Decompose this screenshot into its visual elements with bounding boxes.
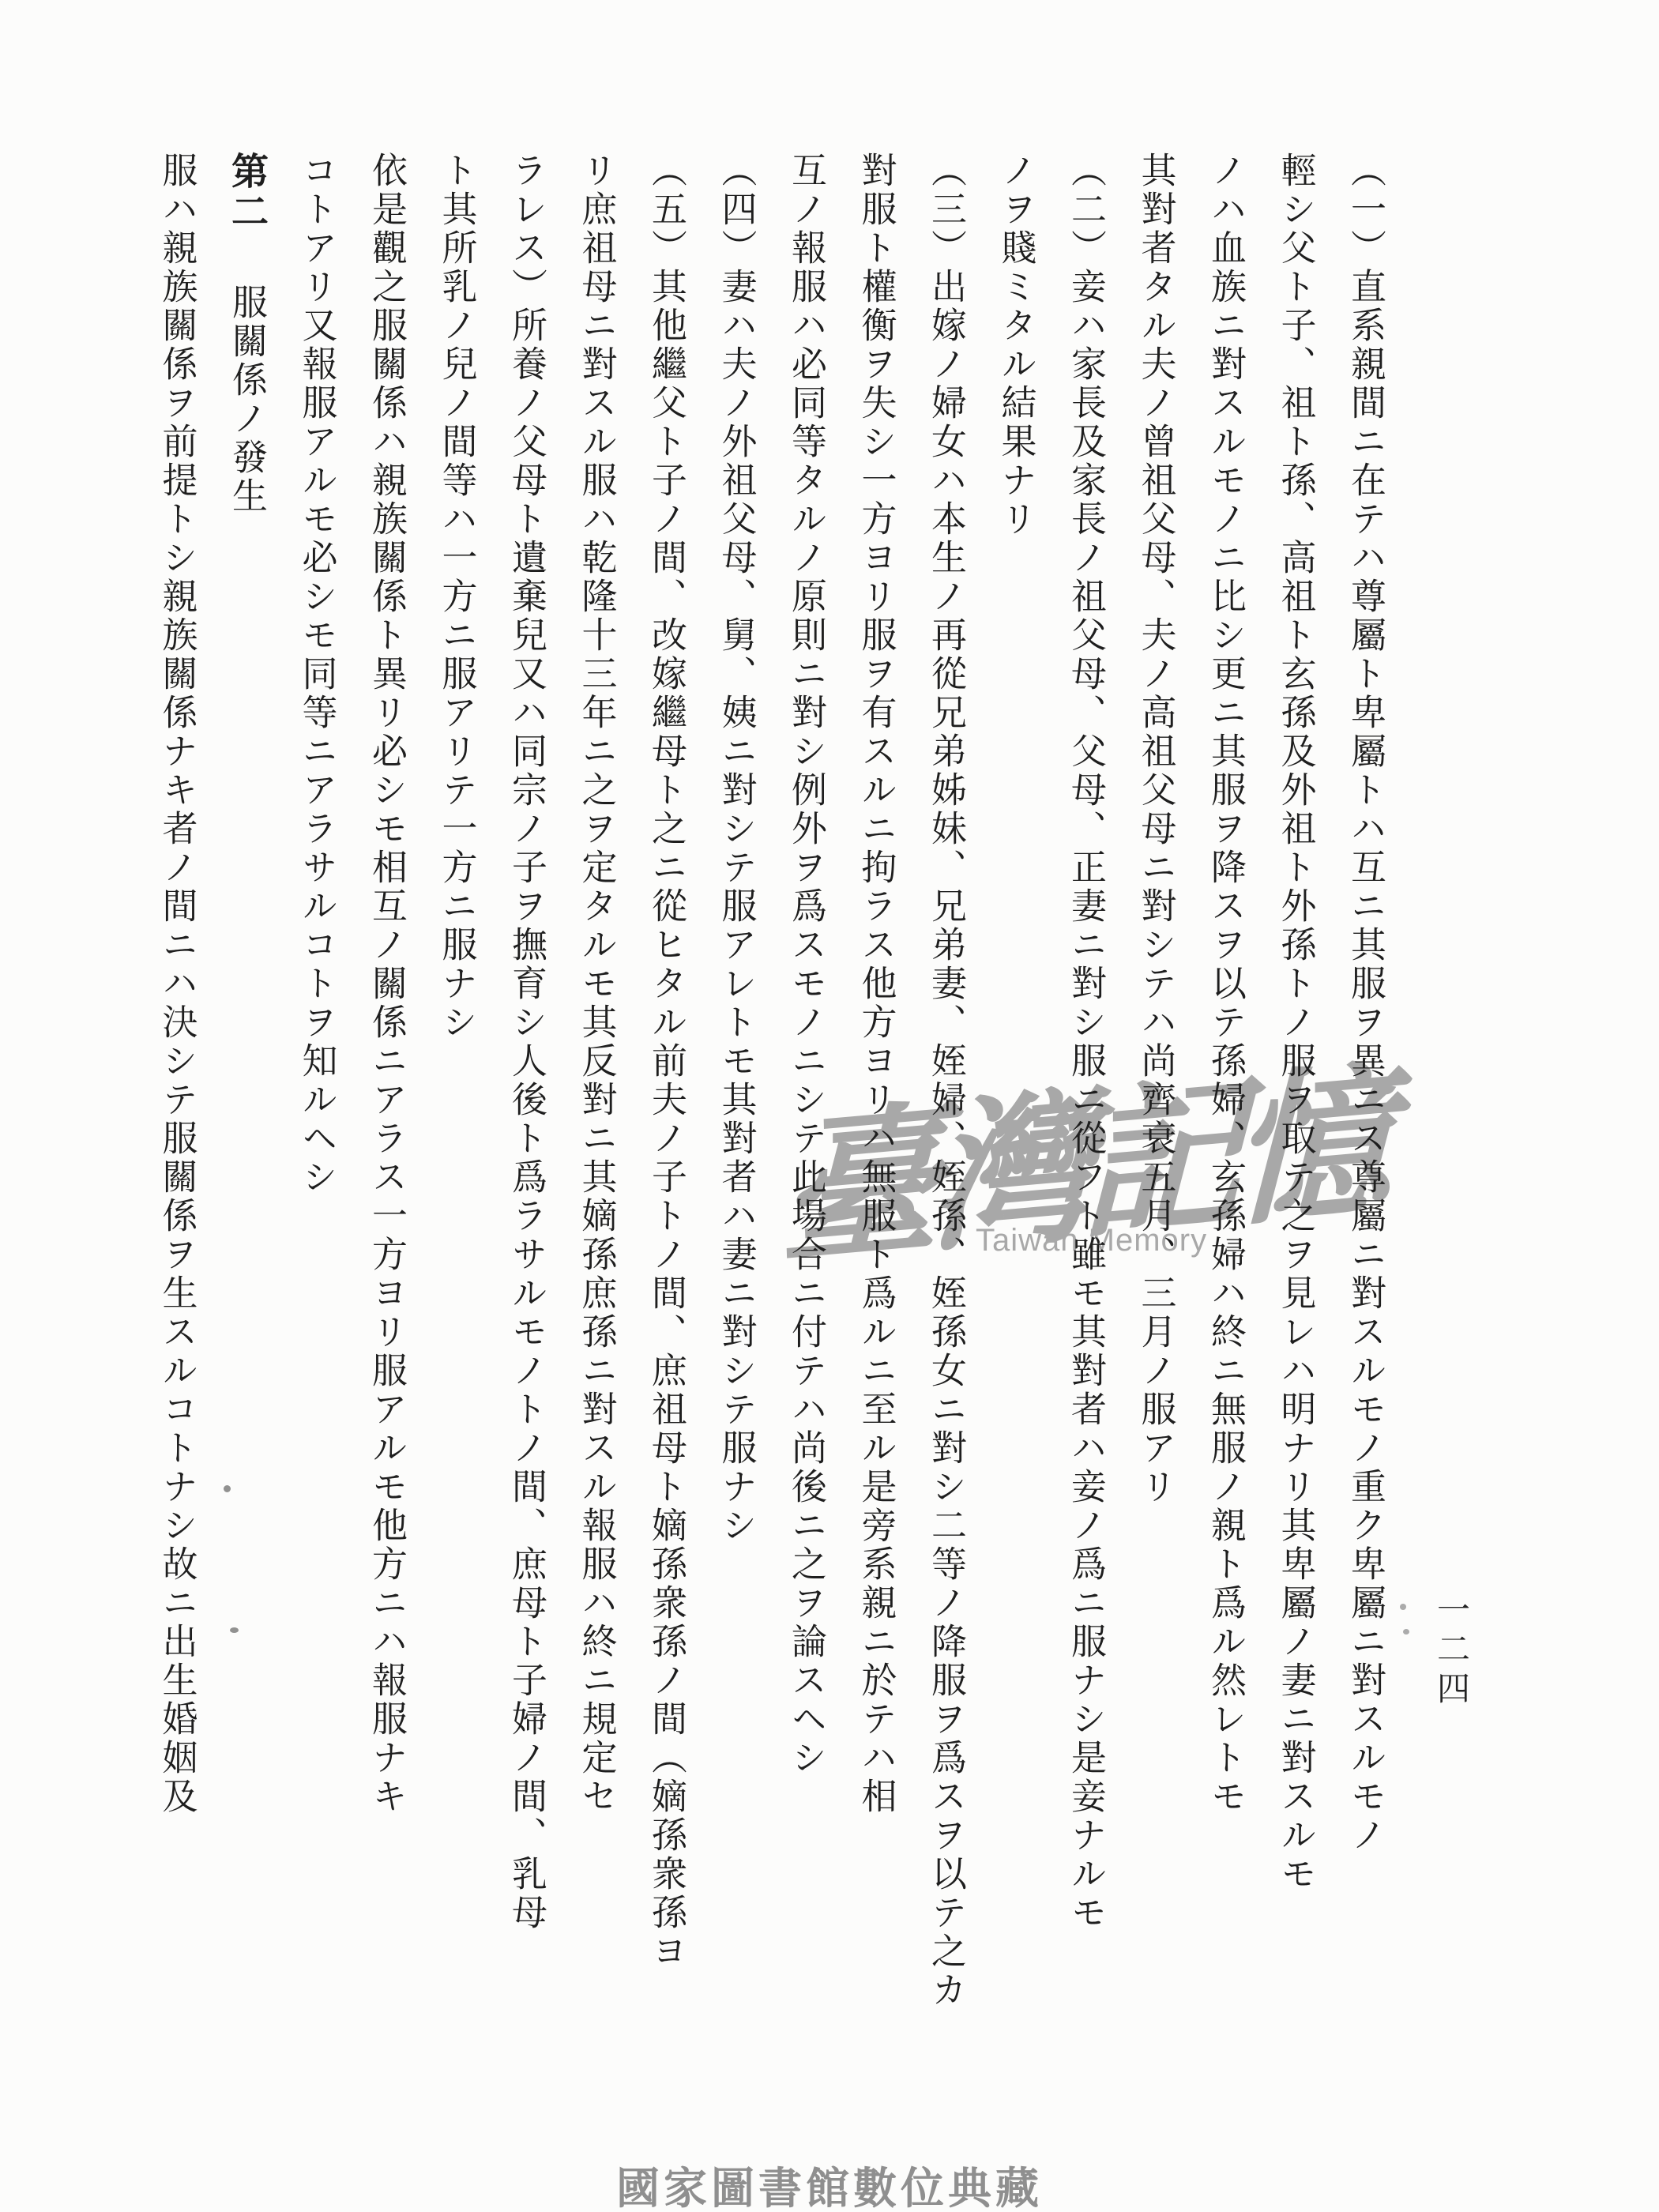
text-column-18: 服ハ親族關係ヲ前提トシ親族關係ナキ者ノ間ニハ決シテ服關係ヲ生スルコトナシ故ニ出生… xyxy=(141,152,212,2087)
text-column-10: ︵四︶妻ハ夫ノ外祖父母、舅、姨ニ對シテ服アレトモ其對者ハ妻ニ對シテ服ナシ xyxy=(701,152,771,2087)
text-column-11: ︵五︶其他繼父ト子ノ間、改嫁繼母ト之ニ從ヒタル前夫ノ子トノ間、庶祖母ト嫡孫衆孫ノ… xyxy=(631,152,702,2087)
text-column-9: 互ノ報服ハ必同等タルノ原則ニ對シ例外ヲ爲スモノニシテ此場合ニ付テハ尚後ニ之ヲ論ス… xyxy=(771,152,841,2087)
text-column-16: コトアリ又報服アルモ必シモ同等ニアラサルコトヲ知ルヘシ xyxy=(281,152,352,2087)
page-number: 一二四 xyxy=(1427,1592,1474,1710)
ink-speck xyxy=(1403,1629,1409,1635)
text-column-14: ト其所乳ノ兒ノ間等ハ一方ニ服アリテ一方ニ服ナシ xyxy=(421,152,491,2087)
text-column-2: 輕シ父ト子、祖ト孫、高祖ト玄孫及外祖ト外孫トノ服ヲ取テ之ヲ見レハ明ナリ其卑屬ノ妻… xyxy=(1260,152,1330,2087)
text-column-1: ︵一︶直系親間ニ在テハ尊屬ト卑屬トハ互ニ其服ヲ異ニス尊屬ニ對スルモノ重ク卑屬ニ對… xyxy=(1330,152,1401,2087)
text-column-12: リ庶祖母ニ對スル服ハ乾隆十三年ニ之ヲ定タルモ其反對ニ其嫡孫庶孫ニ對スル報服ハ終ニ… xyxy=(561,152,631,2087)
ink-speck xyxy=(1400,1604,1406,1610)
section-heading-title: 服關係ノ發生 xyxy=(227,284,266,516)
text-column-6: ノヲ賤ミタル結果ナリ xyxy=(980,152,1051,2087)
archive-caption: 國家圖書館數位典藏 xyxy=(0,2154,1659,2212)
ink-speck xyxy=(224,1485,231,1492)
text-column-8: 對服ト權衡ヲ失シ一方ヨリ服ヲ有スルニ拘ラス他方ヨリハ無服ト爲ルニ至ル是旁系親ニ於… xyxy=(841,152,911,2087)
text-column-3: ノハ血族ニ對スルモノニ比シ更ニ其服ヲ降スヲ以テ孫婦、玄孫婦ハ終ニ無服ノ親ト爲ル然… xyxy=(1191,152,1261,2087)
text-column-13: ラレス︶所養ノ父母ト遺棄兒又ハ同宗ノ子ヲ撫育シ人後ト爲ラサルモノトノ間、庶母ト子… xyxy=(491,152,562,2087)
ink-speck xyxy=(230,1627,239,1633)
section-heading: 第二 服關係ノ發生 xyxy=(212,152,282,2087)
scanned-document-page: 臺灣記憶 Taiwan Memory ︵一︶直系親間ニ在テハ尊屬ト卑屬トハ互ニ其… xyxy=(0,0,1659,2212)
text-block: ︵一︶直系親間ニ在テハ尊屬ト卑屬トハ互ニ其服ヲ異ニス尊屬ニ對スルモノ重ク卑屬ニ對… xyxy=(141,152,1400,2087)
text-column-5: ︵二︶妾ハ家長及家長ノ祖父母、父母、正妻ニ對シ服ニ從フト雖モ其對者ハ妾ノ爲ニ服ナ… xyxy=(1051,152,1121,2087)
text-column-4: 其對者タル夫ノ曾祖父母、夫ノ高祖父母ニ對シテハ尚齊衰五月、三月ノ服アリ xyxy=(1120,152,1191,2087)
text-column-7: ︵三︶出嫁ノ婦女ハ本生ノ再從兄弟姊妹、兄弟妻、姪婦、姪孫、姪孫女ニ對シ二等ノ降服… xyxy=(911,152,981,2087)
section-heading-number: 第二 xyxy=(226,152,267,232)
text-column-15: 依是觀之服關係ハ親族關係ト異リ必シモ相互ノ關係ニアラス一方ヨリ服アルモ他方ニハ報… xyxy=(352,152,422,2087)
